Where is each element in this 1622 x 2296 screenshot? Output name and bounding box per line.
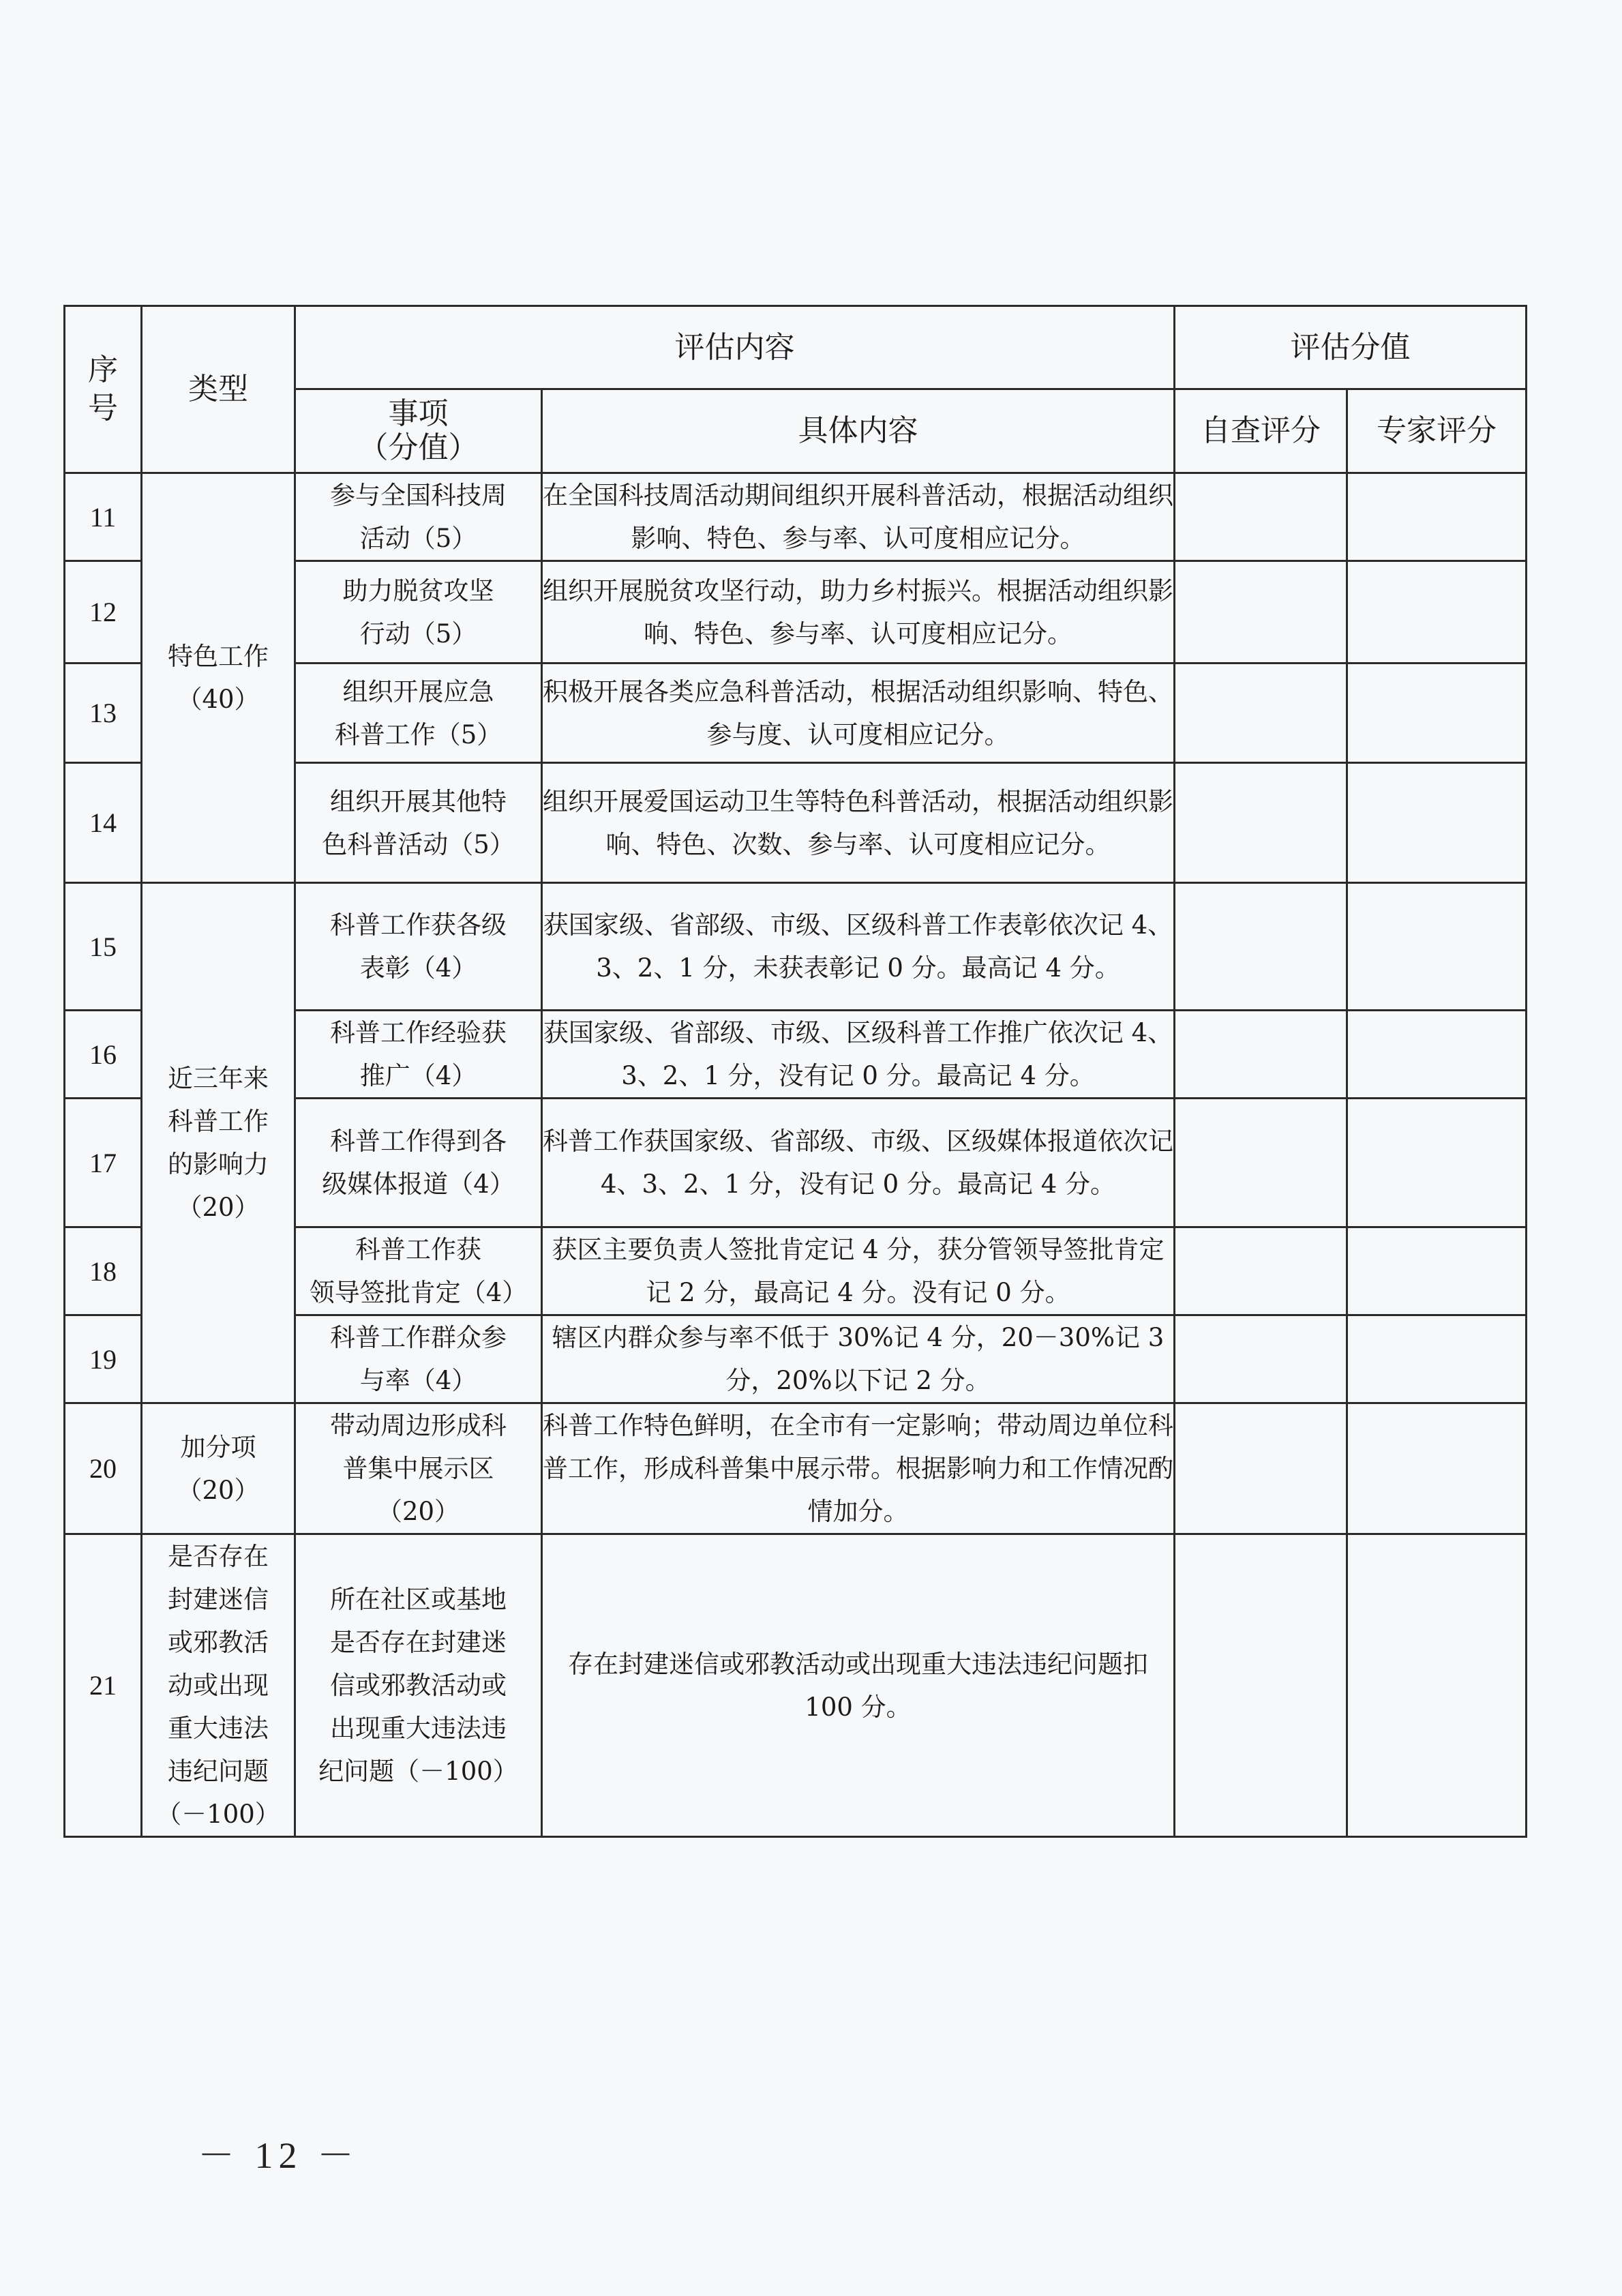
row-no: 17 <box>65 1099 142 1227</box>
row-item: 科普工作得到各 级媒体报道（4） <box>295 1099 542 1227</box>
table-row: 11 特色工作 （40） 参与全国科技周 活动（5） 在全国科技周活动期间组织开… <box>65 473 1527 561</box>
row-item: 参与全国科技周 活动（5） <box>295 473 542 561</box>
expert-score-cell[interactable] <box>1347 1011 1527 1099</box>
expert-score-cell[interactable] <box>1347 883 1527 1011</box>
row-no: 11 <box>65 473 142 561</box>
row-detail: 科普工作特色鲜明，在全市有一定影响；带动周边单位科普工作，形成科普集中展示带。根… <box>542 1403 1175 1534</box>
row-item: 科普工作经验获 推广（4） <box>295 1011 542 1099</box>
expert-score-cell[interactable] <box>1347 561 1527 664</box>
row-no: 21 <box>65 1534 142 1837</box>
row-item: 助力脱贫攻坚 行动（5） <box>295 561 542 664</box>
expert-score-cell[interactable] <box>1347 1227 1527 1315</box>
expert-score-cell[interactable] <box>1347 473 1527 561</box>
row-item: 带动周边形成科 普集中展示区 （20） <box>295 1403 542 1534</box>
expert-score-cell[interactable] <box>1347 1534 1527 1837</box>
row-no: 14 <box>65 763 142 883</box>
header-self-score: 自查评分 <box>1175 389 1347 473</box>
group-label: 特色工作 （40） <box>142 473 295 883</box>
self-score-cell[interactable] <box>1175 1227 1347 1315</box>
self-score-cell[interactable] <box>1175 1011 1347 1099</box>
header-detail: 具体内容 <box>542 389 1175 473</box>
row-item: 科普工作获 领导签批肯定（4） <box>295 1227 542 1315</box>
self-score-cell[interactable] <box>1175 1099 1347 1227</box>
row-no: 13 <box>65 664 142 763</box>
table-row: 15 近三年来 科普工作 的影响力 （20） 科普工作获各级 表彰（4） 获国家… <box>65 883 1527 1011</box>
row-item: 科普工作获各级 表彰（4） <box>295 883 542 1011</box>
header-type: 类型 <box>142 306 295 473</box>
page-number: － 12 － <box>198 2126 359 2179</box>
row-item: 科普工作群众参 与率（4） <box>295 1315 542 1403</box>
group-label: 加分项 （20） <box>142 1403 295 1534</box>
row-no: 15 <box>65 883 142 1011</box>
header-no: 序 号 <box>65 306 142 473</box>
row-item: 组织开展其他特 色科普活动（5） <box>295 763 542 883</box>
row-detail: 辖区内群众参与率不低于 30%记 4 分，20－30%记 3 分，20%以下记 … <box>542 1315 1175 1403</box>
row-detail: 获国家级、省部级、市级、区级科普工作表彰依次记 4、3、2、1 分，未获表彰记 … <box>542 883 1175 1011</box>
expert-score-cell[interactable] <box>1347 1403 1527 1534</box>
expert-score-cell[interactable] <box>1347 763 1527 883</box>
header-eval-score: 评估分值 <box>1175 306 1527 389</box>
row-detail: 组织开展脱贫攻坚行动，助力乡村振兴。根据活动组织影响、特色、参与率、认可度相应记… <box>542 561 1175 664</box>
row-detail: 在全国科技周活动期间组织开展科普活动，根据活动组织影响、特色、参与率、认可度相应… <box>542 473 1175 561</box>
table-row: 20 加分项 （20） 带动周边形成科 普集中展示区 （20） 科普工作特色鲜明… <box>65 1403 1527 1534</box>
self-score-cell[interactable] <box>1175 1534 1347 1837</box>
expert-score-cell[interactable] <box>1347 1315 1527 1403</box>
row-item: 组织开展应急 科普工作（5） <box>295 664 542 763</box>
row-detail: 获国家级、省部级、市级、区级科普工作推广依次记 4、3、2、1 分，没有记 0 … <box>542 1011 1175 1099</box>
header-item: 事项 （分值） <box>295 389 542 473</box>
self-score-cell[interactable] <box>1175 883 1347 1011</box>
self-score-cell[interactable] <box>1175 561 1347 664</box>
table-row: 21 是否存在 封建迷信 或邪教活 动或出现 重大违法 违纪问题 （－100） … <box>65 1534 1527 1837</box>
row-no: 19 <box>65 1315 142 1403</box>
row-detail: 组织开展爱国运动卫生等特色科普活动，根据活动组织影响、特色、次数、参与率、认可度… <box>542 763 1175 883</box>
self-score-cell[interactable] <box>1175 664 1347 763</box>
row-detail: 积极开展各类应急科普活动，根据活动组织影响、特色、参与度、认可度相应记分。 <box>542 664 1175 763</box>
expert-score-cell[interactable] <box>1347 1099 1527 1227</box>
header-expert-score: 专家评分 <box>1347 389 1527 473</box>
self-score-cell[interactable] <box>1175 1315 1347 1403</box>
row-no: 16 <box>65 1011 142 1099</box>
group-label: 近三年来 科普工作 的影响力 （20） <box>142 883 295 1403</box>
row-detail: 获区主要负责人签批肯定记 4 分，获分管领导签批肯定记 2 分，最高记 4 分。… <box>542 1227 1175 1315</box>
self-score-cell[interactable] <box>1175 763 1347 883</box>
row-detail: 存在封建迷信或邪教活动或出现重大违法违纪问题扣 100 分。 <box>542 1534 1175 1837</box>
row-item: 所在社区或基地 是否存在封建迷 信或邪教活动或 出现重大违法违 纪问题（－100… <box>295 1534 542 1837</box>
row-no: 12 <box>65 561 142 664</box>
self-score-cell[interactable] <box>1175 1403 1347 1534</box>
expert-score-cell[interactable] <box>1347 664 1527 763</box>
self-score-cell[interactable] <box>1175 473 1347 561</box>
row-no: 20 <box>65 1403 142 1534</box>
group-label: 是否存在 封建迷信 或邪教活 动或出现 重大违法 违纪问题 （－100） <box>142 1534 295 1837</box>
row-detail: 科普工作获国家级、省部级、市级、区级媒体报道依次记 4、3、2、1 分，没有记 … <box>542 1099 1175 1227</box>
evaluation-table: 序 号 类型 评估内容 评估分值 事项 （分值） 具体内容 自查评分 专家评分 … <box>63 305 1527 1838</box>
row-no: 18 <box>65 1227 142 1315</box>
header-eval-content: 评估内容 <box>295 306 1175 389</box>
